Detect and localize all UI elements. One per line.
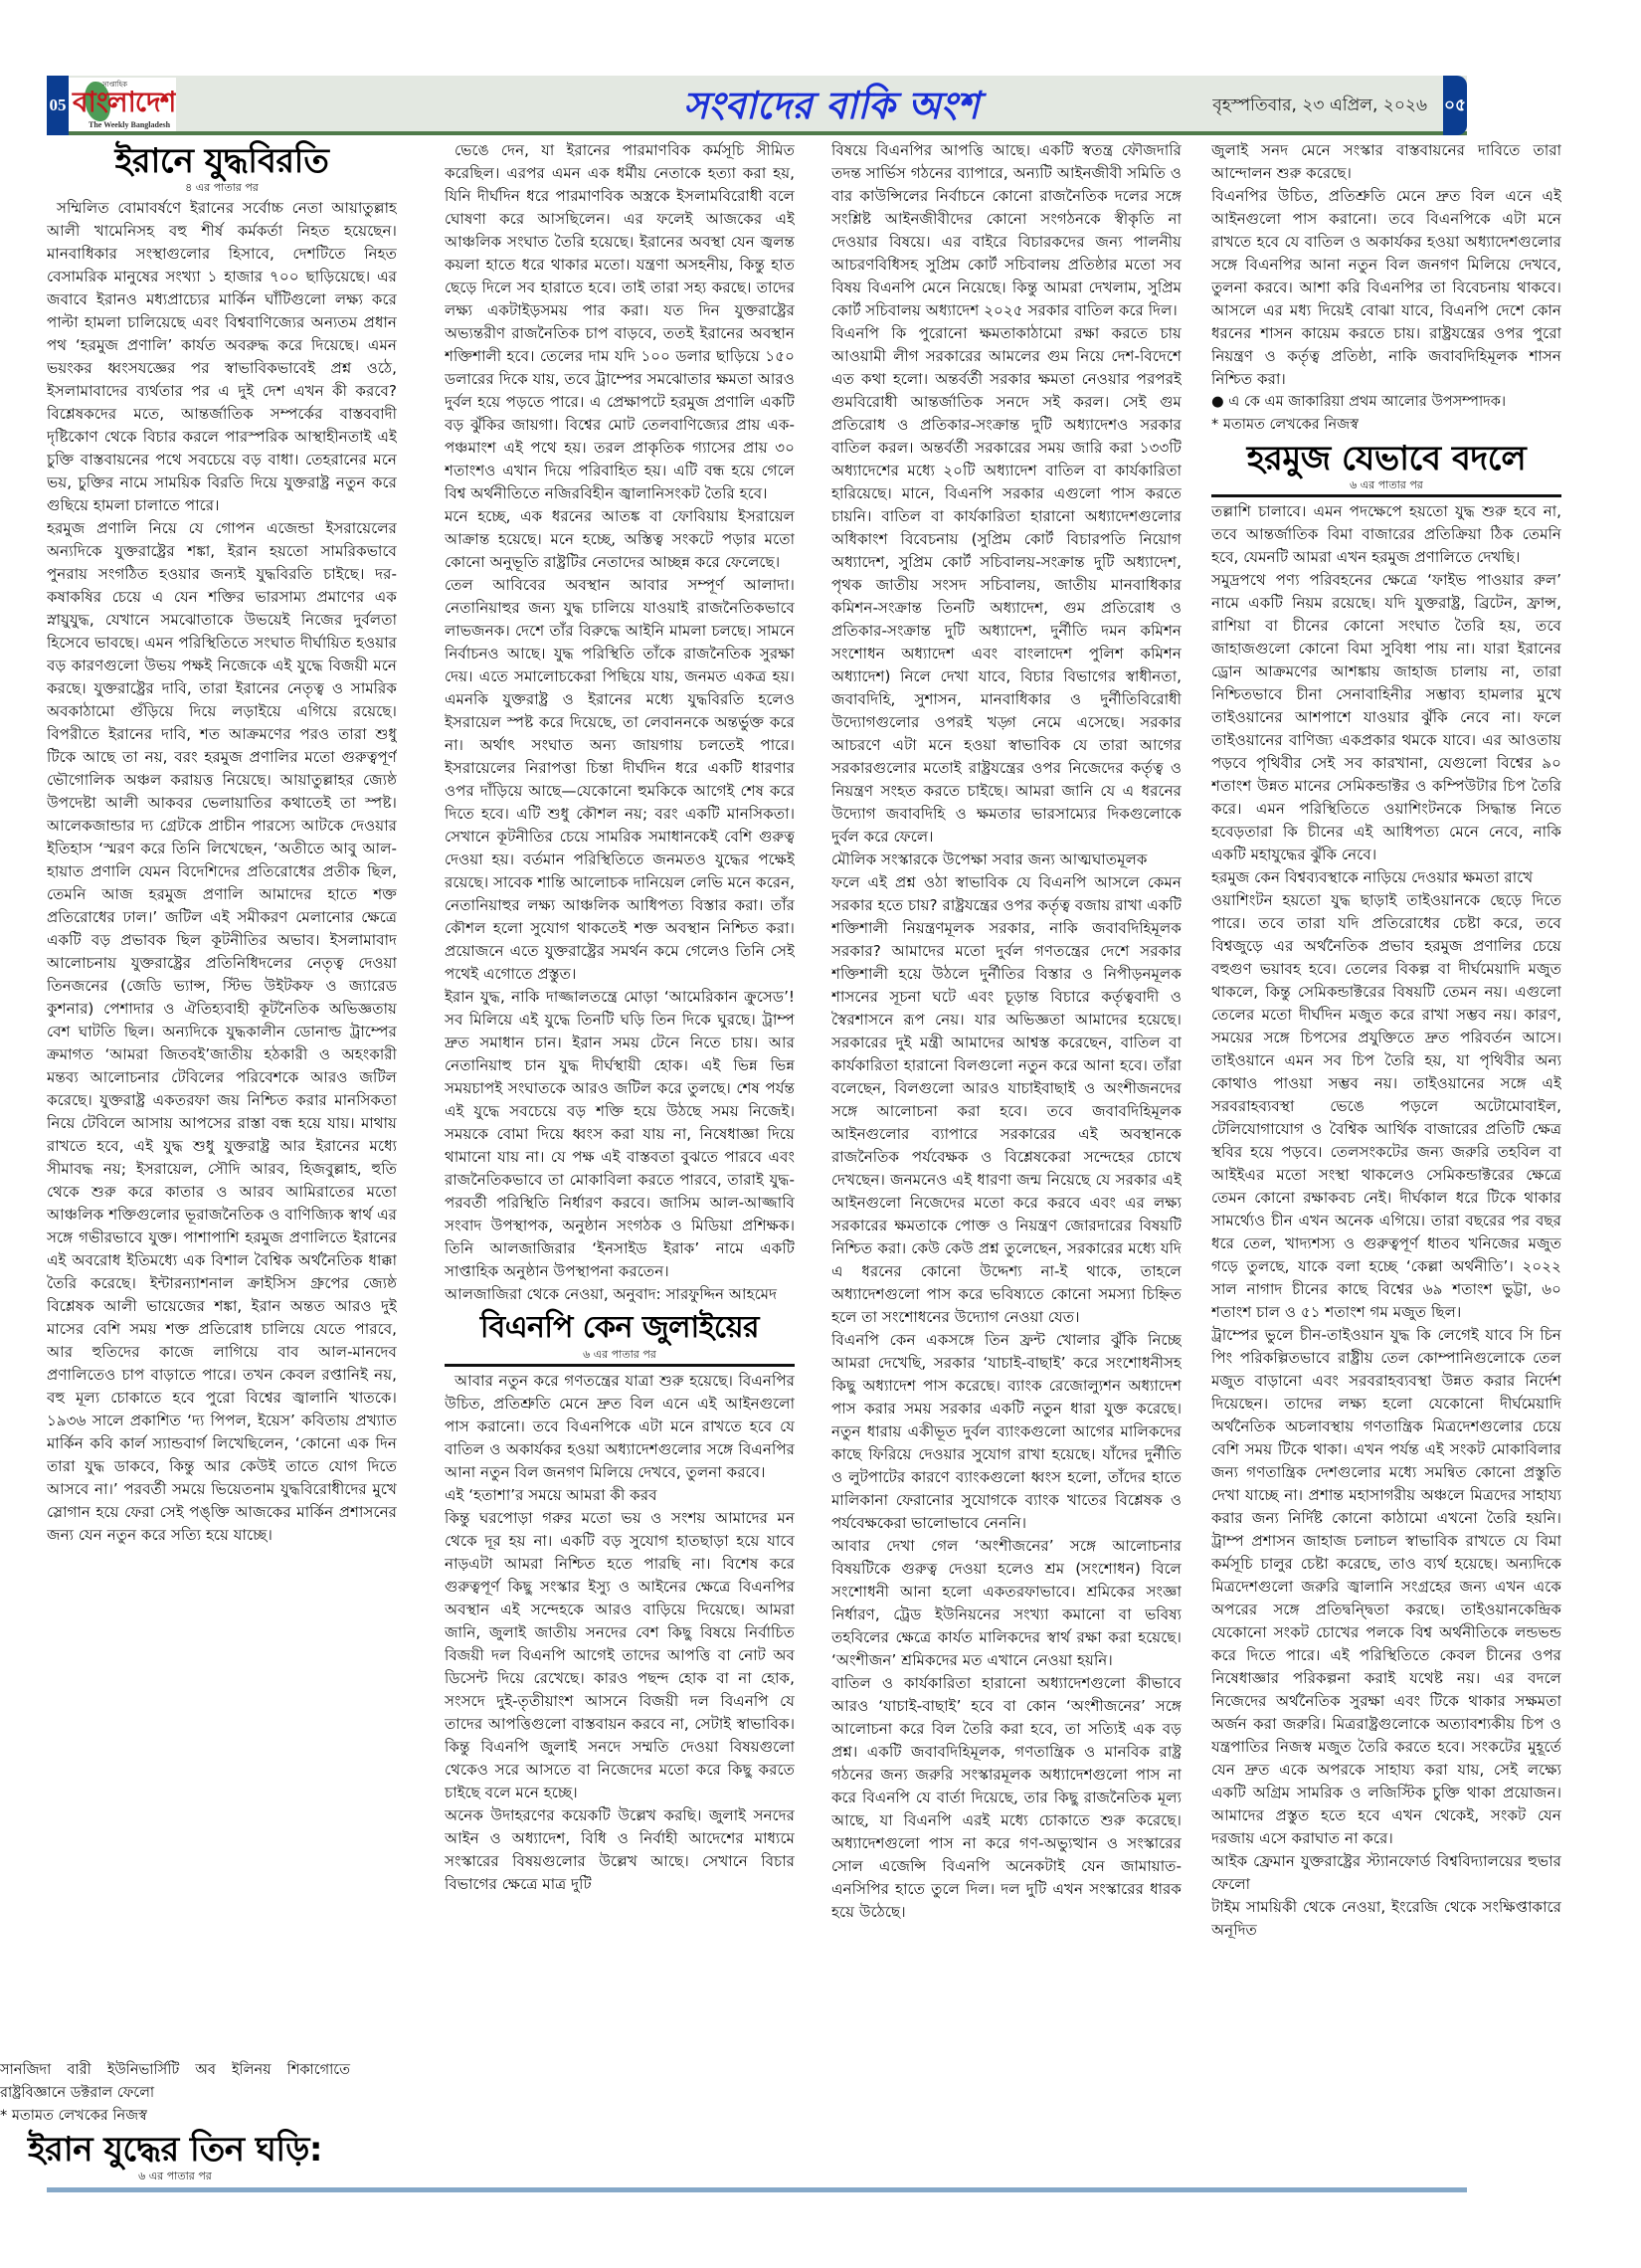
headline-iran-three-clocks[interactable]: ইরান যুদ্ধের তিন ঘড়ি: bbox=[0, 2130, 350, 2170]
author-note: ● এ কে এম জাকারিয়া প্রথম আলোর উপসম্পাদক… bbox=[1211, 391, 1561, 414]
page-number-right: ০৫ bbox=[1443, 76, 1467, 135]
subheading: এই ‘হতাশা’র সময়ে আমরা কী করব bbox=[445, 1484, 795, 1507]
article-paragraph: ইরান যুদ্ধ, নাকি দাজ্জালতন্ত্রে মোড়া ‘আ… bbox=[445, 986, 795, 1283]
article-paragraph: মনে হচ্ছে, এক ধরনের আতঙ্ক বা ফোবিয়ায় ই… bbox=[445, 505, 795, 574]
logo-subtitle: The Weekly Bangladesh bbox=[89, 120, 170, 129]
column-1-footer: সানজিদা বারী ইউনিভার্সিটি অব ইলিনয় শিকা… bbox=[0, 2059, 350, 2185]
headline-hormuz-change[interactable]: হরমুজ যেভাবে বদলে bbox=[1211, 439, 1561, 478]
page-number-left: 05 bbox=[47, 76, 69, 135]
source-credit: আলজাজিরা থেকে নেওয়া, অনুবাদ: সারফুদ্দিন… bbox=[445, 1283, 795, 1306]
headline-iran-ceasefire[interactable]: ইরানে যুদ্ধবিরতি bbox=[47, 141, 397, 181]
subheading: মৌলিক সংস্কারকে উপেক্ষা সবার জন্য আত্মঘা… bbox=[831, 849, 1182, 871]
article-paragraph: ট্রাম্পের ভুলে চীন-তাইওয়ান যুদ্ধ কি লেগ… bbox=[1211, 1324, 1561, 1850]
article-paragraph: হরমুজ প্রণালি নিয়ে যে গোপন এজেন্ডা ইসরা… bbox=[47, 517, 397, 1547]
article-paragraph: বিএনপি কি পুরোনো ক্ষমতাকাঠামো রক্ষা করতে… bbox=[831, 322, 1182, 849]
article-paragraph: কিন্তু ঘরপোড়া গরুর মতো ভয় ও সংশয় আমাদ… bbox=[445, 1507, 795, 1804]
issue-date: বৃহস্পতিবার, ২৩ এপ্রিল, ২০২৬ bbox=[1212, 76, 1427, 135]
continued-from-label: ৬ এর পাতার পর bbox=[0, 2170, 350, 2183]
article-paragraph: আবার নতুন করে গণতন্ত্রের যাত্রা শুরু হয়… bbox=[445, 1370, 795, 1484]
author-note: সানজিদা বারী ইউনিভার্সিটি অব ইলিনয় শিকা… bbox=[0, 2059, 350, 2105]
continued-from-label: ৬ এর পাতার পর bbox=[1211, 478, 1561, 492]
article-paragraph: ভেঙে দেন, যা ইরানের পারমাণবিক কর্মসূচি স… bbox=[445, 139, 795, 505]
author-note: আইক ফ্রেমান যুক্তরাষ্ট্রের স্ট্যানফোর্ড … bbox=[1211, 1850, 1561, 1896]
column-4: জুলাই সনদ মেনে সংস্কার বাস্তবায়নের দাবি… bbox=[1211, 139, 1561, 1942]
column-3: বিষয়ে বিএনপির আপত্তি আছে। একটি স্বতন্ত্… bbox=[831, 139, 1182, 1924]
opinion-disclaimer: * মতামত লেখকের নিজস্ব bbox=[1211, 414, 1561, 437]
article-paragraph: সম্মিলিত বোমাবর্ষণে ইরানের সর্বোচ্চ নেতা… bbox=[47, 197, 397, 517]
article-paragraph: ওয়াশিংটন হয়তো যুদ্ধ ছাড়াই তাইওয়ানকে … bbox=[1211, 889, 1561, 1324]
article-paragraph: তেল আবিবের অবস্থান আবার সম্পূর্ণ আলাদা। … bbox=[445, 574, 795, 986]
page-header: 05 সাপ্তাহিক বাংলাদেশ The Weekly Banglad… bbox=[47, 76, 1467, 135]
article-paragraph: আবার দেখা গেল ‘অংশীজনের’ সঙ্গে আলোচনার ব… bbox=[831, 1535, 1182, 1672]
divider bbox=[445, 1364, 795, 1367]
article-paragraph: অনেক উদাহরণের কয়েকটি উল্লেখ করছি। জুলাই… bbox=[445, 1804, 795, 1896]
section-title: সংবাদের বাকি অংশ bbox=[683, 80, 980, 131]
article-paragraph: বিএনপির উচিত, প্রতিশ্রুতি মেনে দ্রুত বিল… bbox=[1211, 185, 1561, 391]
article-paragraph: ফলে এই প্রশ্ন ওঠা স্বাভাবিক যে বিএনপি আস… bbox=[831, 871, 1182, 1329]
source-credit: টাইম সাময়িকী থেকে নেওয়া, ইংরেজি থেকে স… bbox=[1211, 1896, 1561, 1942]
article-paragraph: বিষয়ে বিএনপির আপত্তি আছে। একটি স্বতন্ত্… bbox=[831, 139, 1182, 322]
continued-from-label: ৬ এর পাতার পর bbox=[445, 1348, 795, 1362]
headline-bnp-july[interactable]: বিএনপি কেন জুলাইয়ের bbox=[445, 1308, 795, 1348]
article-paragraph: জুলাই সনদ মেনে সংস্কার বাস্তবায়নের দাবি… bbox=[1211, 139, 1561, 185]
footer-bar bbox=[47, 2187, 1467, 2192]
article-paragraph: বাতিল ও কার্যকারিতা হারানো অধ্যাদেশগুলো … bbox=[831, 1672, 1182, 1924]
subheading: হরমুজ কেন বিশ্বব্যবস্থাকে নাড়িয়ে দেওয়… bbox=[1211, 866, 1561, 889]
article-paragraph: বিএনপি কেন একসঙ্গে তিন ফ্রন্ট খোলার ঝুঁক… bbox=[831, 1329, 1182, 1535]
column-2: ভেঙে দেন, যা ইরানের পারমাণবিক কর্মসূচি স… bbox=[445, 139, 795, 1896]
opinion-disclaimer: * মতামত লেখকের নিজস্ব bbox=[0, 2105, 350, 2128]
continued-from-label: ৪ এর পাতার পর bbox=[47, 181, 397, 195]
article-paragraph: সমুদ্রপথে পণ্য পরিবহনের ক্ষেত্রে ‘ফাইভ প… bbox=[1211, 569, 1561, 866]
column-1: ইরানে যুদ্ধবিরতি ৪ এর পাতার পর সম্মিলিত … bbox=[47, 139, 397, 1547]
article-paragraph: তল্লাশি চালাবে। এমন পদক্ষেপে হয়তো যুদ্ধ… bbox=[1211, 500, 1561, 569]
logo-wordmark: বাংলাদেশ bbox=[73, 86, 174, 119]
newspaper-logo[interactable]: সাপ্তাহিক বাংলাদেশ The Weekly Bangladesh bbox=[69, 78, 176, 131]
divider bbox=[1211, 494, 1561, 497]
